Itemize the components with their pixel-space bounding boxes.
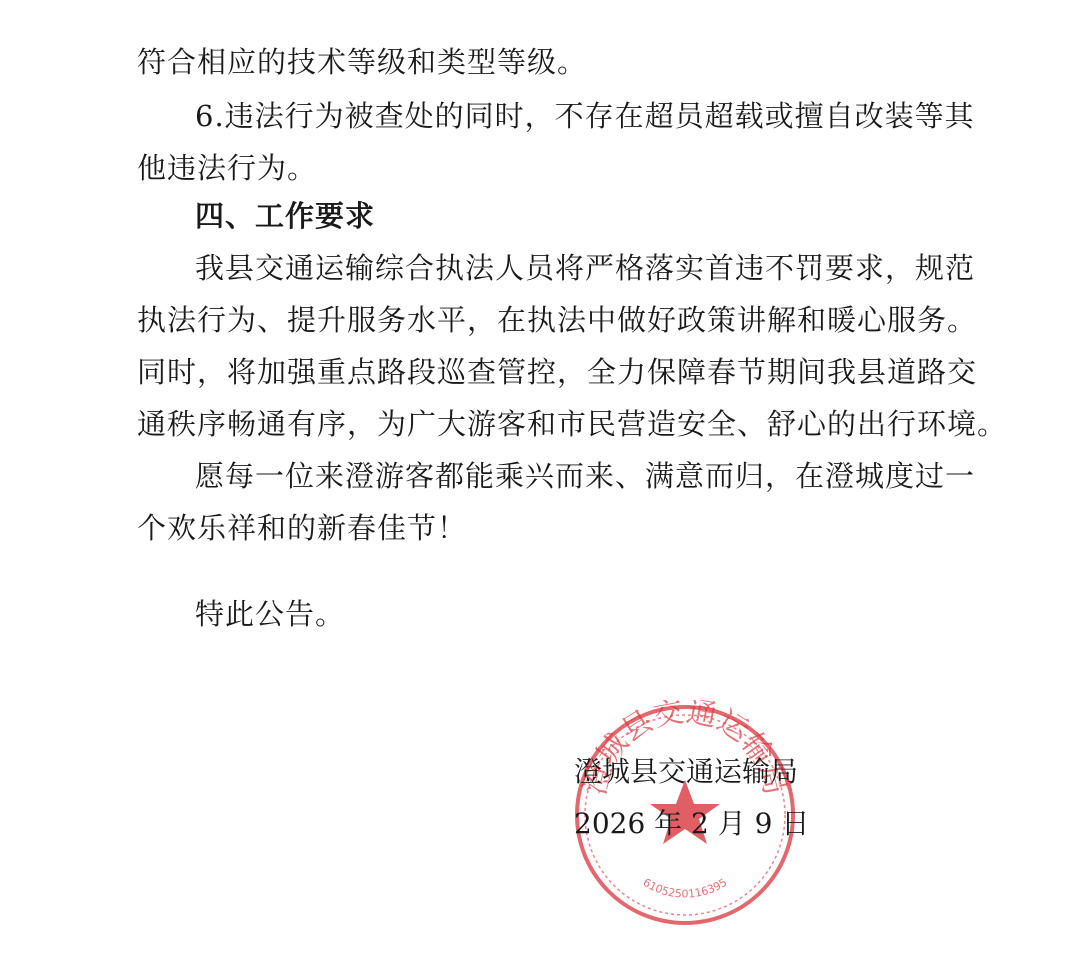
text-line: 他违法行为。	[137, 148, 317, 188]
signature-organization: 澄城县交通运输局	[574, 754, 798, 790]
closing-text: 特此公告。	[195, 594, 345, 634]
text-line: 同时，将加强重点路段巡查管控，全力保障春节期间我县道路交	[137, 352, 977, 392]
section-heading: 四、工作要求	[195, 196, 375, 236]
text-line: 通秩序畅通有序，为广大游客和市民营造安全、舒心的出行环境。	[137, 404, 1007, 444]
text-line: 个欢乐祥和的新春佳节！	[137, 508, 467, 548]
text-line: 我县交通运输综合执法人员将严格落实首违不罚要求，规范	[195, 248, 975, 288]
text-line: 愿每一位来澄游客都能乘兴而来、满意而归，在澄城度过一	[195, 456, 975, 496]
text-line: 符合相应的技术等级和类型等级。	[137, 42, 587, 82]
text-line: 6.违法行为被查处的同时，不存在超员超载或擅自改装等其	[195, 96, 975, 136]
signature-date: 2026 年 2 月 9 日	[574, 806, 809, 842]
svg-text:6105250116395: 6105250116395	[641, 876, 730, 901]
text-line: 执法行为、提升服务水平，在执法中做好政策讲解和暖心服务。	[137, 300, 977, 340]
